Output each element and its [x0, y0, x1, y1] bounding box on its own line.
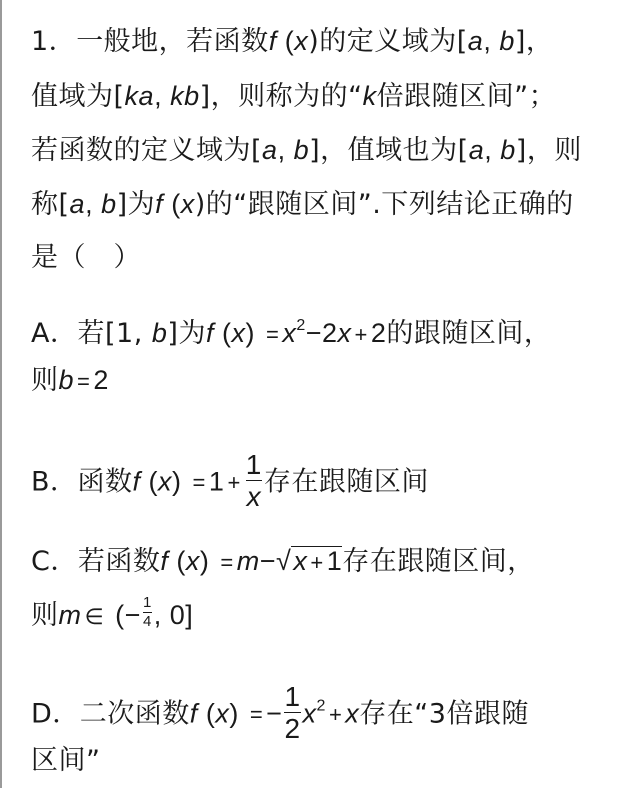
square-root: √x+1 — [276, 544, 342, 578]
fraction-one-quarter: 14 — [143, 595, 152, 630]
option-c-label: C． — [31, 546, 78, 577]
stem-line-5: 是（ ） — [31, 241, 141, 275]
option-a-line-1: A．若[1, b]为f (x) =x2−2x+2的跟随区间， — [31, 309, 551, 352]
option-d-label: D． — [31, 698, 80, 729]
option-b-label: B． — [31, 466, 78, 497]
radical-sign-icon: √ — [276, 546, 291, 576]
stem-line-1: 1．一般地，若函数f (x)的定义域为[a, b]， — [31, 24, 553, 59]
stem-line-2: 值域为[ka, kb]，则称为的“k倍跟随区间”； — [31, 79, 556, 114]
question-number: 1． — [31, 26, 76, 57]
stem-line-4: 称[a, b]为f (x)的“跟随区间”.下列结论正确的 — [31, 187, 574, 222]
option-d-line-2: 区间” — [31, 744, 101, 778]
option-d-line-1: D．二次函数f (x) =−12x2+x存在“3倍跟随 — [31, 684, 529, 746]
stem-line-3: 若函数的定义域为[a, b]，值域也为[a, b]，则 — [31, 133, 582, 168]
option-c-line-2: 则m∈ (−14, 0] — [31, 598, 193, 634]
option-c-line-1: C．若函数f (x) =m−√x+1存在跟随区间， — [31, 544, 535, 580]
option-b-line-1: B．函数f (x) =1+1x存在跟随区间 — [31, 452, 429, 514]
option-a-label: A． — [31, 318, 77, 349]
option-a-line-2: 则b=2 — [31, 363, 109, 399]
left-border — [0, 0, 2, 788]
fraction-one-half: 12 — [284, 682, 300, 744]
fraction-one-over-x: 1x — [246, 450, 262, 512]
